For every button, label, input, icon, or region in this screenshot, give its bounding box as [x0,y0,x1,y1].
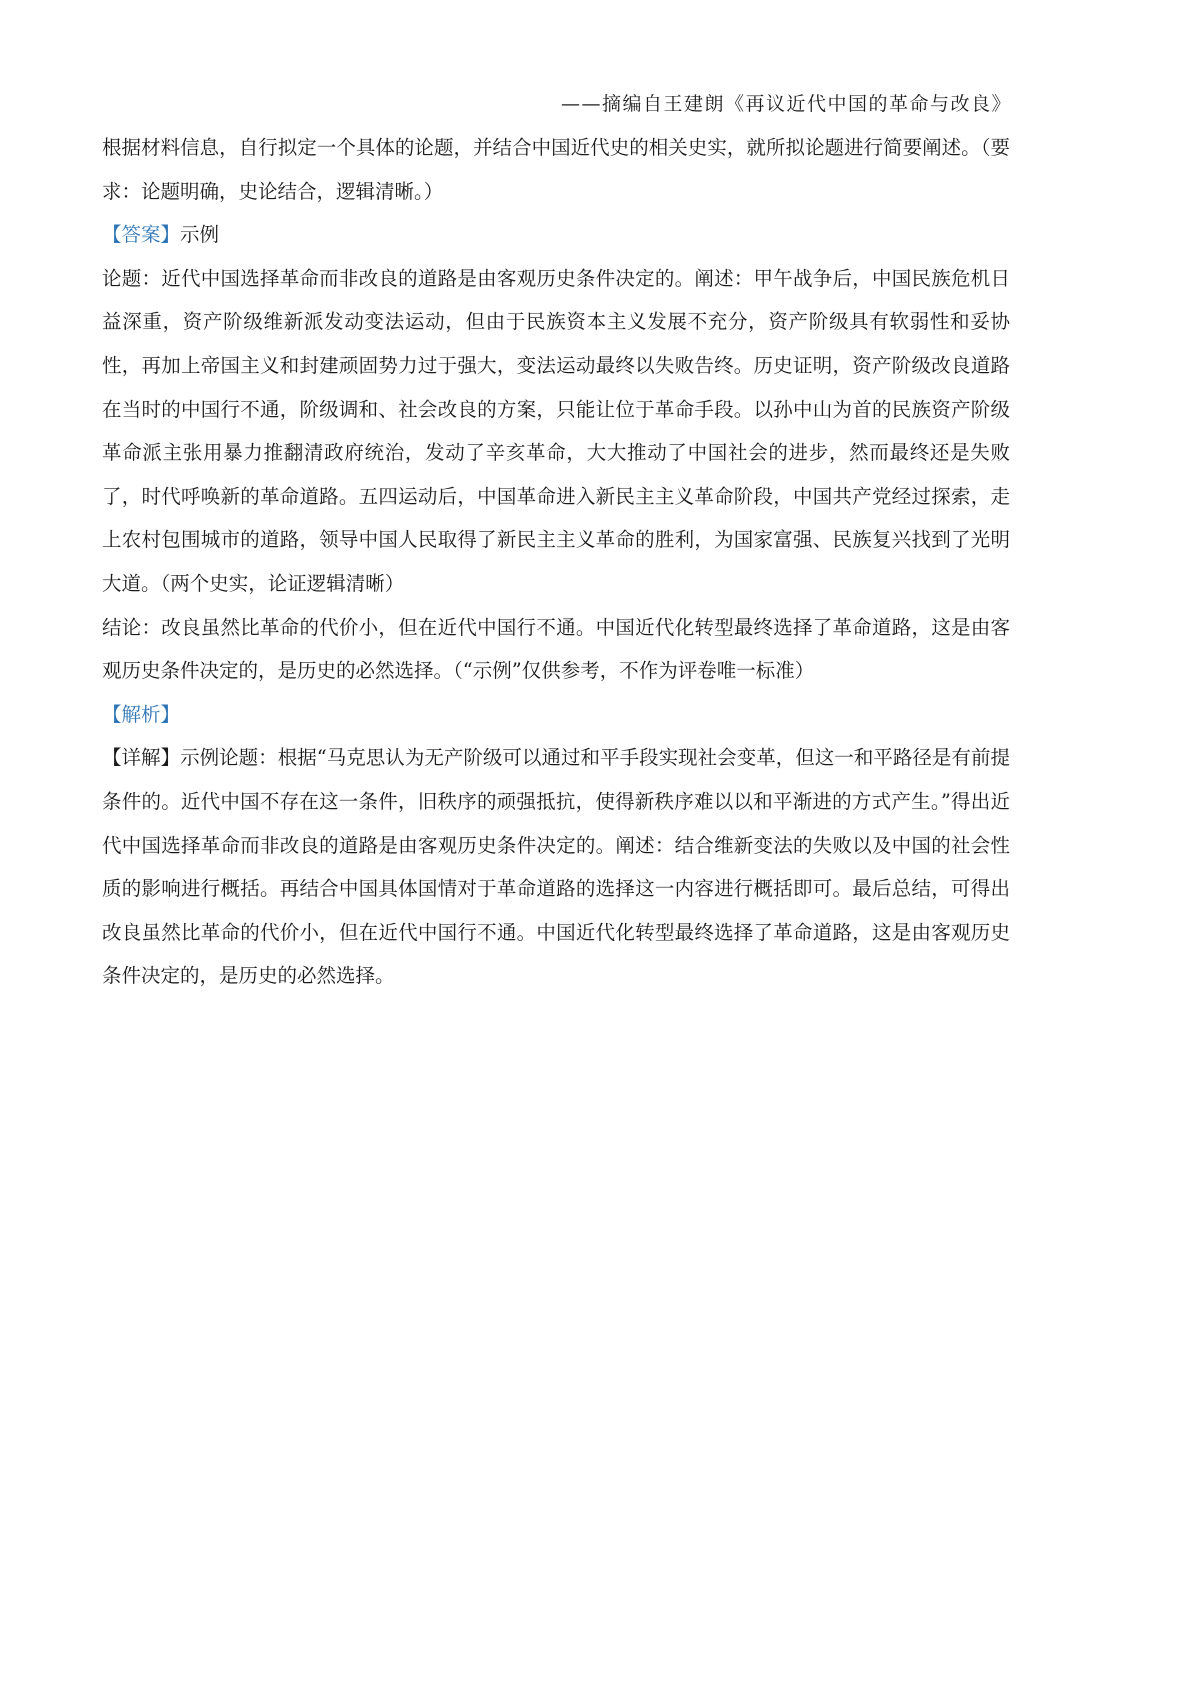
detail-text: 示例论题：根据“马克思认为无产阶级可以通过和平手段实现社会变革，但这一和平路径是… [102,746,1010,987]
answer-conclusion-paragraph: 结论：改良虽然比革命的代价小，但在近代中国行不通。中国近代化转型最终选择了革命道… [102,606,1010,693]
answer-heading: 【答案】示例 [102,213,1010,257]
answer-tag: 【答案】 [102,223,180,246]
question-prompt: 根据材料信息，自行拟定一个具体的论题，并结合中国近代史的相关史实，就所拟论题进行… [102,126,1010,213]
analysis-tag: 【解析】 [102,703,180,726]
source-attribution: ——摘编自王建朗《再议近代中国的革命与改良》 [102,88,1012,120]
answer-label: 示例 [180,223,219,246]
analysis-detail-paragraph: 【详解】示例论题：根据“马克思认为无产阶级可以通过和平手段实现社会变革，但这一和… [102,736,1010,998]
answer-thesis-paragraph: 论题：近代中国选择革命而非改良的道路是由客观历史条件决定的。阐述：甲午战争后，中… [102,257,1010,606]
analysis-heading: 【解析】 [102,693,1010,737]
document-page: ——摘编自王建朗《再议近代中国的革命与改良》 根据材料信息，自行拟定一个具体的论… [102,88,1010,998]
detail-tag: 【详解】 [102,746,180,769]
